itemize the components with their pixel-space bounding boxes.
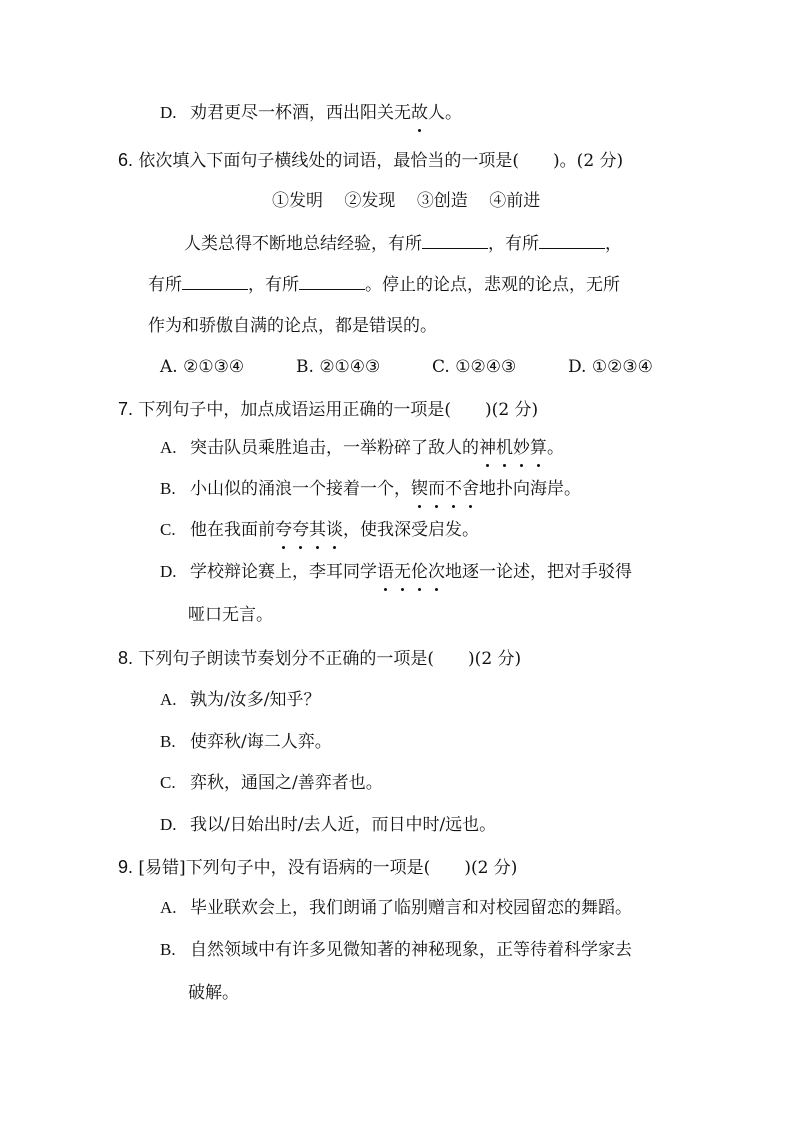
option-text: 他在我面前: [190, 520, 275, 540]
option-letter: C.: [432, 357, 450, 377]
option-text: 使弈秋/诲二人弈。: [190, 732, 332, 752]
fill-blank-4[interactable]: [299, 273, 365, 290]
question-number: 8.: [118, 648, 133, 668]
option-letter: D.: [160, 101, 190, 125]
dotted-char: 不: [445, 477, 462, 501]
choice-4: ④前进: [489, 191, 540, 211]
dotted-char: 机: [496, 436, 513, 460]
option-text: 孰为/汝多/知乎？: [190, 690, 320, 710]
dotted-char: 妙: [513, 436, 530, 460]
question-tag: [易错]: [138, 858, 185, 878]
dotted-char: 故: [411, 101, 428, 125]
dotted-char: 锲: [411, 477, 428, 501]
dotted-char: 语: [377, 560, 394, 584]
option-text: ②①④③: [319, 357, 380, 377]
option-text: 自然领域中有许多见微知著的神秘现象，正等待着科学家去: [190, 940, 632, 960]
fill-blank-2[interactable]: [539, 232, 605, 249]
option-text: ，使我深受启发。: [343, 520, 479, 540]
option-letter: A.: [160, 357, 178, 377]
question-number: 6.: [118, 150, 133, 170]
dotted-char: 而: [428, 477, 445, 501]
dotted-char: 次: [428, 560, 445, 584]
q8-option-c[interactable]: C.弈秋，通国之/善弈者也。: [160, 771, 383, 795]
option-b[interactable]: B. ②①④③: [296, 355, 432, 379]
option-letter: A.: [160, 896, 190, 920]
dotted-char: 舍: [462, 477, 479, 501]
option-text: 。: [547, 438, 564, 458]
option-letter: A.: [160, 688, 190, 712]
dotted-char: 夸: [275, 518, 292, 542]
question-9-stem: 9. [易错]下列句子中，没有语病的一项是( )(2 分): [118, 855, 517, 880]
question-6-stem: 6. 依次填入下面句子横线处的词语，最恰当的一项是( )。(2 分): [118, 148, 623, 173]
option-letter: D.: [568, 357, 586, 377]
q8-option-d[interactable]: D.我以/日始出时/去人近，而日中时/远也。: [160, 813, 496, 837]
option-letter: B.: [160, 730, 190, 754]
passage-text: ，有所: [248, 275, 299, 295]
q7-option-c[interactable]: C.他在我面前夸夸其谈，使我深受启发。: [160, 518, 479, 542]
option-text: ①②③④: [592, 357, 653, 377]
fill-blank-3[interactable]: [182, 273, 248, 290]
choice-2: ②发现: [344, 191, 395, 211]
q7-option-b[interactable]: B.小山似的涌浪一个接着一个，锲而不舍地扑向海岸。: [160, 477, 581, 501]
option-text: 我以/日始出时/去人近，而日中时/远也。: [190, 815, 496, 835]
option-letter: C.: [160, 518, 190, 542]
choice-1: ①发明: [272, 191, 323, 211]
option-text: 人。: [428, 103, 462, 123]
question-number: 7.: [118, 399, 133, 419]
question-8-stem: 8. 下列句子朗读节奏划分不正确的一项是( )(2 分): [118, 646, 521, 671]
question-text: 下列句子中，没有语病的一项是( )(2 分): [186, 858, 518, 878]
passage-line-1: 人类总得不断地总结经验，有所，有所，: [184, 232, 622, 256]
option-c[interactable]: C. ①②④③: [432, 355, 568, 379]
option-letter: D.: [160, 560, 190, 584]
option-letter: B.: [160, 938, 190, 962]
dotted-char: 伦: [411, 560, 428, 584]
question-text: 下列句子中，加点成语运用正确的一项是( )(2 分): [138, 400, 538, 420]
passage-text: ，: [605, 234, 622, 254]
dotted-char: 算: [530, 436, 547, 460]
question-text: 依次填入下面句子横线处的词语，最恰当的一项是( )。(2 分): [138, 151, 623, 171]
q8-option-b[interactable]: B.使弈秋/诲二人弈。: [160, 730, 332, 754]
option-letter: C.: [160, 771, 190, 795]
question-text: 下列句子朗读节奏划分不正确的一项是( )(2 分): [138, 649, 521, 669]
option-d[interactable]: D. ①②③④: [568, 355, 704, 379]
option-text: ②①③④: [183, 357, 244, 377]
passage-text: 有所: [148, 275, 182, 295]
q9-option-b-continued: 破解。: [188, 981, 239, 1005]
option-text: ①②④③: [455, 357, 516, 377]
question-7-stem: 7. 下列句子中，加点成语运用正确的一项是( )(2 分): [118, 397, 538, 422]
option-letter: B.: [160, 477, 190, 501]
option-text: 地逐一论述，把对手驳得: [445, 562, 632, 582]
question-6-options: A. ②①③④B. ②①④③C. ①②④③D. ①②③④: [160, 355, 704, 379]
choice-3: ③创造: [417, 191, 468, 211]
q9-option-b[interactable]: B.自然领域中有许多见微知著的神秘现象，正等待着科学家去: [160, 938, 632, 962]
question-number: 9.: [118, 857, 133, 877]
fill-blank-1[interactable]: [422, 232, 488, 249]
dotted-char: 无: [394, 560, 411, 584]
option-text: 地扑向海岸。: [479, 479, 581, 499]
prev-option-d: D.劝君更尽一杯酒，西出阳关无故人。: [160, 101, 462, 125]
option-text: 小山似的涌浪一个接着一个，: [190, 479, 411, 499]
dotted-char: 神: [479, 436, 496, 460]
option-letter: A.: [160, 436, 190, 460]
option-letter: B.: [296, 357, 314, 377]
passage-text: 。停止的论点，悲观的论点，无所: [365, 275, 620, 295]
option-a[interactable]: A. ②①③④: [160, 355, 296, 379]
option-text: 劝君更尽一杯酒，西出阳关无: [190, 103, 411, 123]
option-text: 弈秋，通国之/善弈者也。: [190, 773, 383, 793]
option-text: 学校辩论赛上，李耳同学: [190, 562, 377, 582]
passage-text: ，有所: [488, 234, 539, 254]
passage-line-3: 作为和骄傲自满的论点，都是错误的。: [148, 314, 437, 338]
q8-option-a[interactable]: A.孰为/汝多/知乎？: [160, 688, 320, 712]
option-text: 毕业联欢会上，我们朗诵了临别赠言和对校园留恋的舞蹈。: [190, 898, 632, 918]
q7-option-d-continued: 哑口无言。: [188, 603, 273, 627]
word-choices: ①发明 ②发现 ③创造 ④前进: [272, 189, 556, 213]
passage-line-2: 有所，有所。停止的论点，悲观的论点，无所: [148, 273, 620, 297]
q9-option-a[interactable]: A.毕业联欢会上，我们朗诵了临别赠言和对校园留恋的舞蹈。: [160, 896, 632, 920]
option-text: 突击队员乘胜追击，一举粉碎了敌人的: [190, 438, 479, 458]
option-letter: D.: [160, 813, 190, 837]
q7-option-d[interactable]: D.学校辩论赛上，李耳同学语无伦次地逐一论述，把对手驳得: [160, 560, 632, 584]
dotted-char: 夸: [292, 518, 309, 542]
dotted-char: 谈: [326, 518, 343, 542]
dotted-char: 其: [309, 518, 326, 542]
passage-text: 人类总得不断地总结经验，有所: [184, 234, 422, 254]
q7-option-a[interactable]: A.突击队员乘胜追击，一举粉碎了敌人的神机妙算。: [160, 436, 564, 460]
